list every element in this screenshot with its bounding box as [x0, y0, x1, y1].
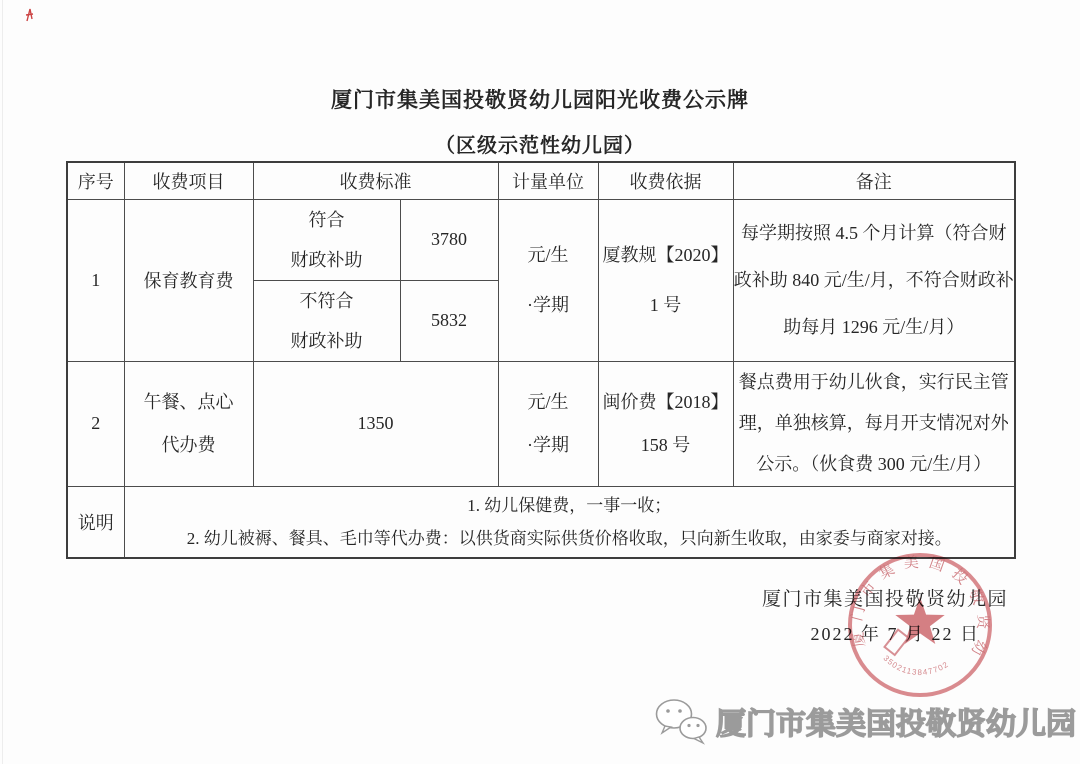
column-header-basis: 收费依据	[598, 162, 733, 199]
column-header-standard: 收费标准	[253, 162, 498, 199]
basis-line1: 厦教规【2020】	[599, 230, 733, 280]
standard-label-line1: 不符合	[254, 281, 400, 321]
standard-label-line2: 财政补助	[254, 240, 400, 280]
cell-row1-standard-value-a: 3780	[400, 199, 498, 280]
fee-table: 序号 收费项目 收费标准 计量单位 收费依据 备注 1 保育教育费 符合 财政补…	[66, 161, 1016, 559]
row2: 2 午餐、点心 代办费 1350 元/生 ·学期 闽价费【2018】 158 号…	[67, 361, 1015, 486]
row1-subrow-a: 1 保育教育费 符合 财政补助 3780 元/生 ·学期 厦教规【2020】 1…	[67, 199, 1015, 280]
cell-row1-standard-label-a: 符合 财政补助	[253, 199, 400, 280]
page-subtitle: （区级示范性幼儿园）	[0, 129, 1080, 158]
cell-row1-basis: 厦教规【2020】 1 号	[598, 199, 733, 361]
cell-note-content: 1. 幼儿保健费，一事一收； 2. 幼儿被褥、餐具、毛巾等代办费：以供货商实际供…	[124, 486, 1015, 558]
signature-org: 厦门市集美国投敬贤幼儿园	[762, 584, 1008, 611]
watermark-text: 厦门市集美国投敬贤幼儿园	[716, 699, 1076, 743]
basis-line2: 1 号	[599, 280, 733, 330]
cell-row1-unit: 元/生 ·学期	[498, 199, 598, 361]
cell-row1-remark: 每学期按照 4.5 个月计算（符合财政补助 840 元/生/月，不符合财政补助每…	[733, 199, 1015, 361]
column-header-no: 序号	[67, 162, 124, 199]
unit-line1: 元/生	[499, 230, 598, 280]
unit-line1: 元/生	[499, 381, 598, 424]
unit-line2: ·学期	[499, 424, 598, 467]
basis-line2: 158 号	[599, 424, 733, 467]
unit-line2: ·学期	[499, 280, 598, 330]
cell-row2-item: 午餐、点心 代办费	[124, 361, 253, 486]
wechat-watermark: 厦门市集美国投敬贤幼儿园	[653, 692, 1076, 750]
wechat-icon	[653, 697, 709, 745]
cell-row1-no: 1	[67, 199, 124, 361]
cell-note-label: 说明	[67, 486, 124, 558]
standard-label-line1: 符合	[254, 200, 400, 240]
page-title: 厦门市集美国投敬贤幼儿园阳光收费公示牌	[0, 84, 1080, 114]
column-header-item: 收费项目	[124, 162, 253, 199]
column-header-unit: 计量单位	[498, 162, 598, 199]
red-pen-mark	[24, 6, 36, 24]
cell-row2-no: 2	[67, 361, 124, 486]
note-line2: 2. 幼儿被褥、餐具、毛巾等代办费：以供货商实际供货价格收取，只向新生收取，由家…	[125, 522, 1015, 555]
cell-row1-item: 保育教育费	[124, 199, 253, 361]
note-row: 说明 1. 幼儿保健费，一事一收； 2. 幼儿被褥、餐具、毛巾等代办费：以供货商…	[67, 486, 1015, 558]
cell-row1-standard-label-b: 不符合 财政补助	[253, 280, 400, 361]
scan-edge-line	[2, 0, 3, 764]
note-line1: 1. 幼儿保健费，一事一收；	[125, 489, 1015, 522]
seal-number: 3502113847702	[881, 654, 950, 677]
standard-label-line2: 财政补助	[254, 321, 400, 361]
item-line2: 代办费	[125, 424, 253, 467]
cell-row2-basis: 闽价费【2018】 158 号	[598, 361, 733, 486]
cell-row2-unit: 元/生 ·学期	[498, 361, 598, 486]
basis-line1: 闽价费【2018】	[599, 381, 733, 424]
column-header-remark: 备注	[733, 162, 1015, 199]
signature-date: 2022 年 7 月 22 日	[811, 620, 981, 646]
cell-row1-standard-value-b: 5832	[400, 280, 498, 361]
cell-row2-standard-value: 1350	[253, 361, 498, 486]
table-header-row: 序号 收费项目 收费标准 计量单位 收费依据 备注	[67, 162, 1015, 199]
item-line1: 午餐、点心	[125, 381, 253, 424]
cell-row2-remark: 餐点费用于幼儿伙食，实行民主管理，单独核算，每月开支情况对外公示。（伙食费 30…	[733, 361, 1015, 486]
